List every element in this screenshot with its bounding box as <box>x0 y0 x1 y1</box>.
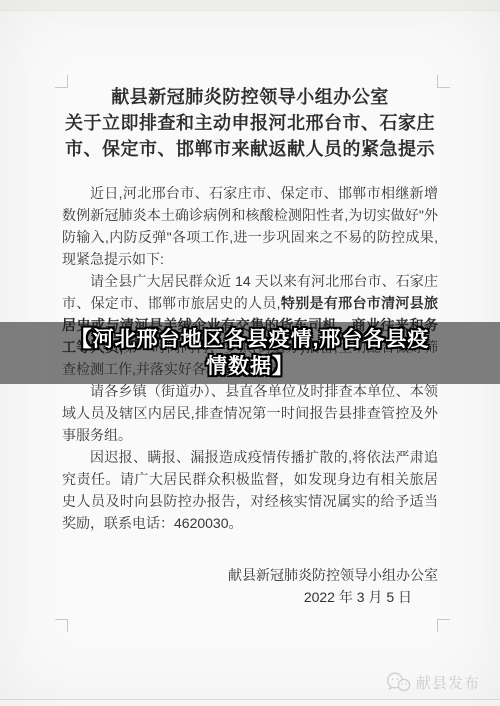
overlay-banner: 【河北邢台地区各县疫情,邢台各县疫 情数据】 <box>0 322 500 384</box>
paragraph-1-text: 近日,河北邢台市、石家庄市、保定市、邯郸市相继新增数例新冠肺炎本土确诊病例和核酸… <box>62 185 438 267</box>
paragraph-3: 请各乡镇（街道办）、县直各单位及时排查本单位、本领域人员及辖区内居民,排查情况第… <box>62 380 438 446</box>
paragraph-1: 近日,河北邢台市、石家庄市、保定市、邯郸市相继新增数例新冠肺炎本土确诊病例和核酸… <box>62 182 438 270</box>
photo-bottom-edge <box>0 699 500 706</box>
page-corner-mark-top-right <box>437 75 450 88</box>
paragraph-3-text: 请各乡镇（街道办）、县直各单位及时排查本单位、本领域人员及辖区内居民,排查情况第… <box>62 383 438 443</box>
paragraph-4: 因迟报、瞒报、漏报造成疫情传播扩散的,将依法严肃追究责任。请广大居民群众积极监督… <box>62 446 438 534</box>
title-line-3: 市、保定市、邯郸市来献返献人员的紧急提示 <box>62 136 438 162</box>
paragraph-4-text: 因迟报、瞒报、漏报造成疫情传播扩散的,将依法严肃追究责任。请广大居民群众积极监督… <box>62 449 438 531</box>
photo-top-strip <box>0 0 500 11</box>
date: 2022 年 3 月 5 日 <box>62 586 438 608</box>
document-title: 献县新冠肺炎防控领导小组办公室 关于立即排查和主动申报河北邢台市、石家庄 市、保… <box>62 84 438 162</box>
wechat-icon <box>386 672 411 693</box>
title-line-1: 献县新冠肺炎防控领导小组办公室 <box>62 84 438 110</box>
overlay-text-line-1: 【河北邢台地区各县疫情,邢台各县疫 <box>71 326 430 353</box>
title-line-2: 关于立即排查和主动申报河北邢台市、石家庄 <box>62 110 438 136</box>
publisher-watermark: 献县发布 <box>386 672 480 693</box>
signature: 献县新冠肺炎防控领导小组办公室 <box>62 564 438 586</box>
overlay-text-line-2: 情数据】 <box>206 353 294 380</box>
page-corner-mark-bottom-right <box>437 619 450 632</box>
publisher-name: 献县发布 <box>416 672 480 693</box>
document-photo: 献县新冠肺炎防控领导小组办公室 关于立即排查和主动申报河北邢台市、石家庄 市、保… <box>0 0 500 706</box>
page-corner-mark-bottom-left <box>55 619 68 632</box>
